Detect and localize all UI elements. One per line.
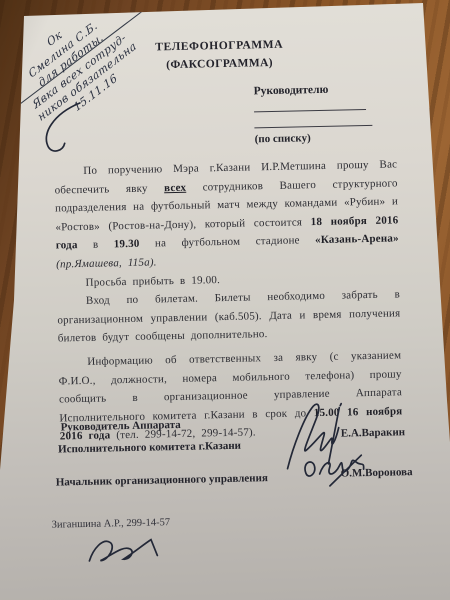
p1-emphasis-vsekh: всех [164, 181, 186, 193]
signer1-role-line1: Руководитель Аппарата [61, 419, 181, 434]
document-paper: Ок Смелина С.Б. для работы. Явка всех со… [0, 0, 450, 600]
p1-stadium: «Казань-Арена» [315, 233, 399, 247]
body-text: По поручению Мэра г.Казани И.Р.Метшина п… [54, 155, 403, 446]
p1-time: 19.30 [114, 238, 140, 251]
p1-seg: на футбольном стадионе [139, 234, 315, 250]
photo-scene: Ок Смелина С.Б. для работы. Явка всех со… [0, 0, 450, 600]
signer1-role-line2: Исполнительного комитета г.Казани [58, 440, 241, 456]
paragraph-3: Вход по билетам. Билеты необходимо забра… [57, 285, 401, 348]
signer1-name: Е.А.Варакин [341, 426, 405, 439]
p1-seg: в [77, 239, 113, 252]
signer2-role: Начальник организационного управления [56, 472, 268, 488]
executor-signature [85, 531, 162, 567]
recipient-list-note: (по списку) [255, 132, 311, 145]
paragraph-1: По поручению Мэра г.Казани И.Р.Метшина п… [54, 155, 399, 274]
p1-address: (пр.Ямашева, 115а). [56, 256, 157, 270]
document-content: Ок Смелина С.Б. для работы. Явка всех со… [0, 0, 450, 600]
signature2-voronova [299, 449, 372, 490]
executor-line: Зиганшина А.Р., 299-14-57 [52, 517, 171, 530]
recipient-blank-line-1 [254, 109, 366, 112]
recipient-label: Руководителю [254, 83, 384, 98]
annotation-flourish [34, 99, 87, 158]
recipient-blank-line-2 [254, 125, 372, 128]
